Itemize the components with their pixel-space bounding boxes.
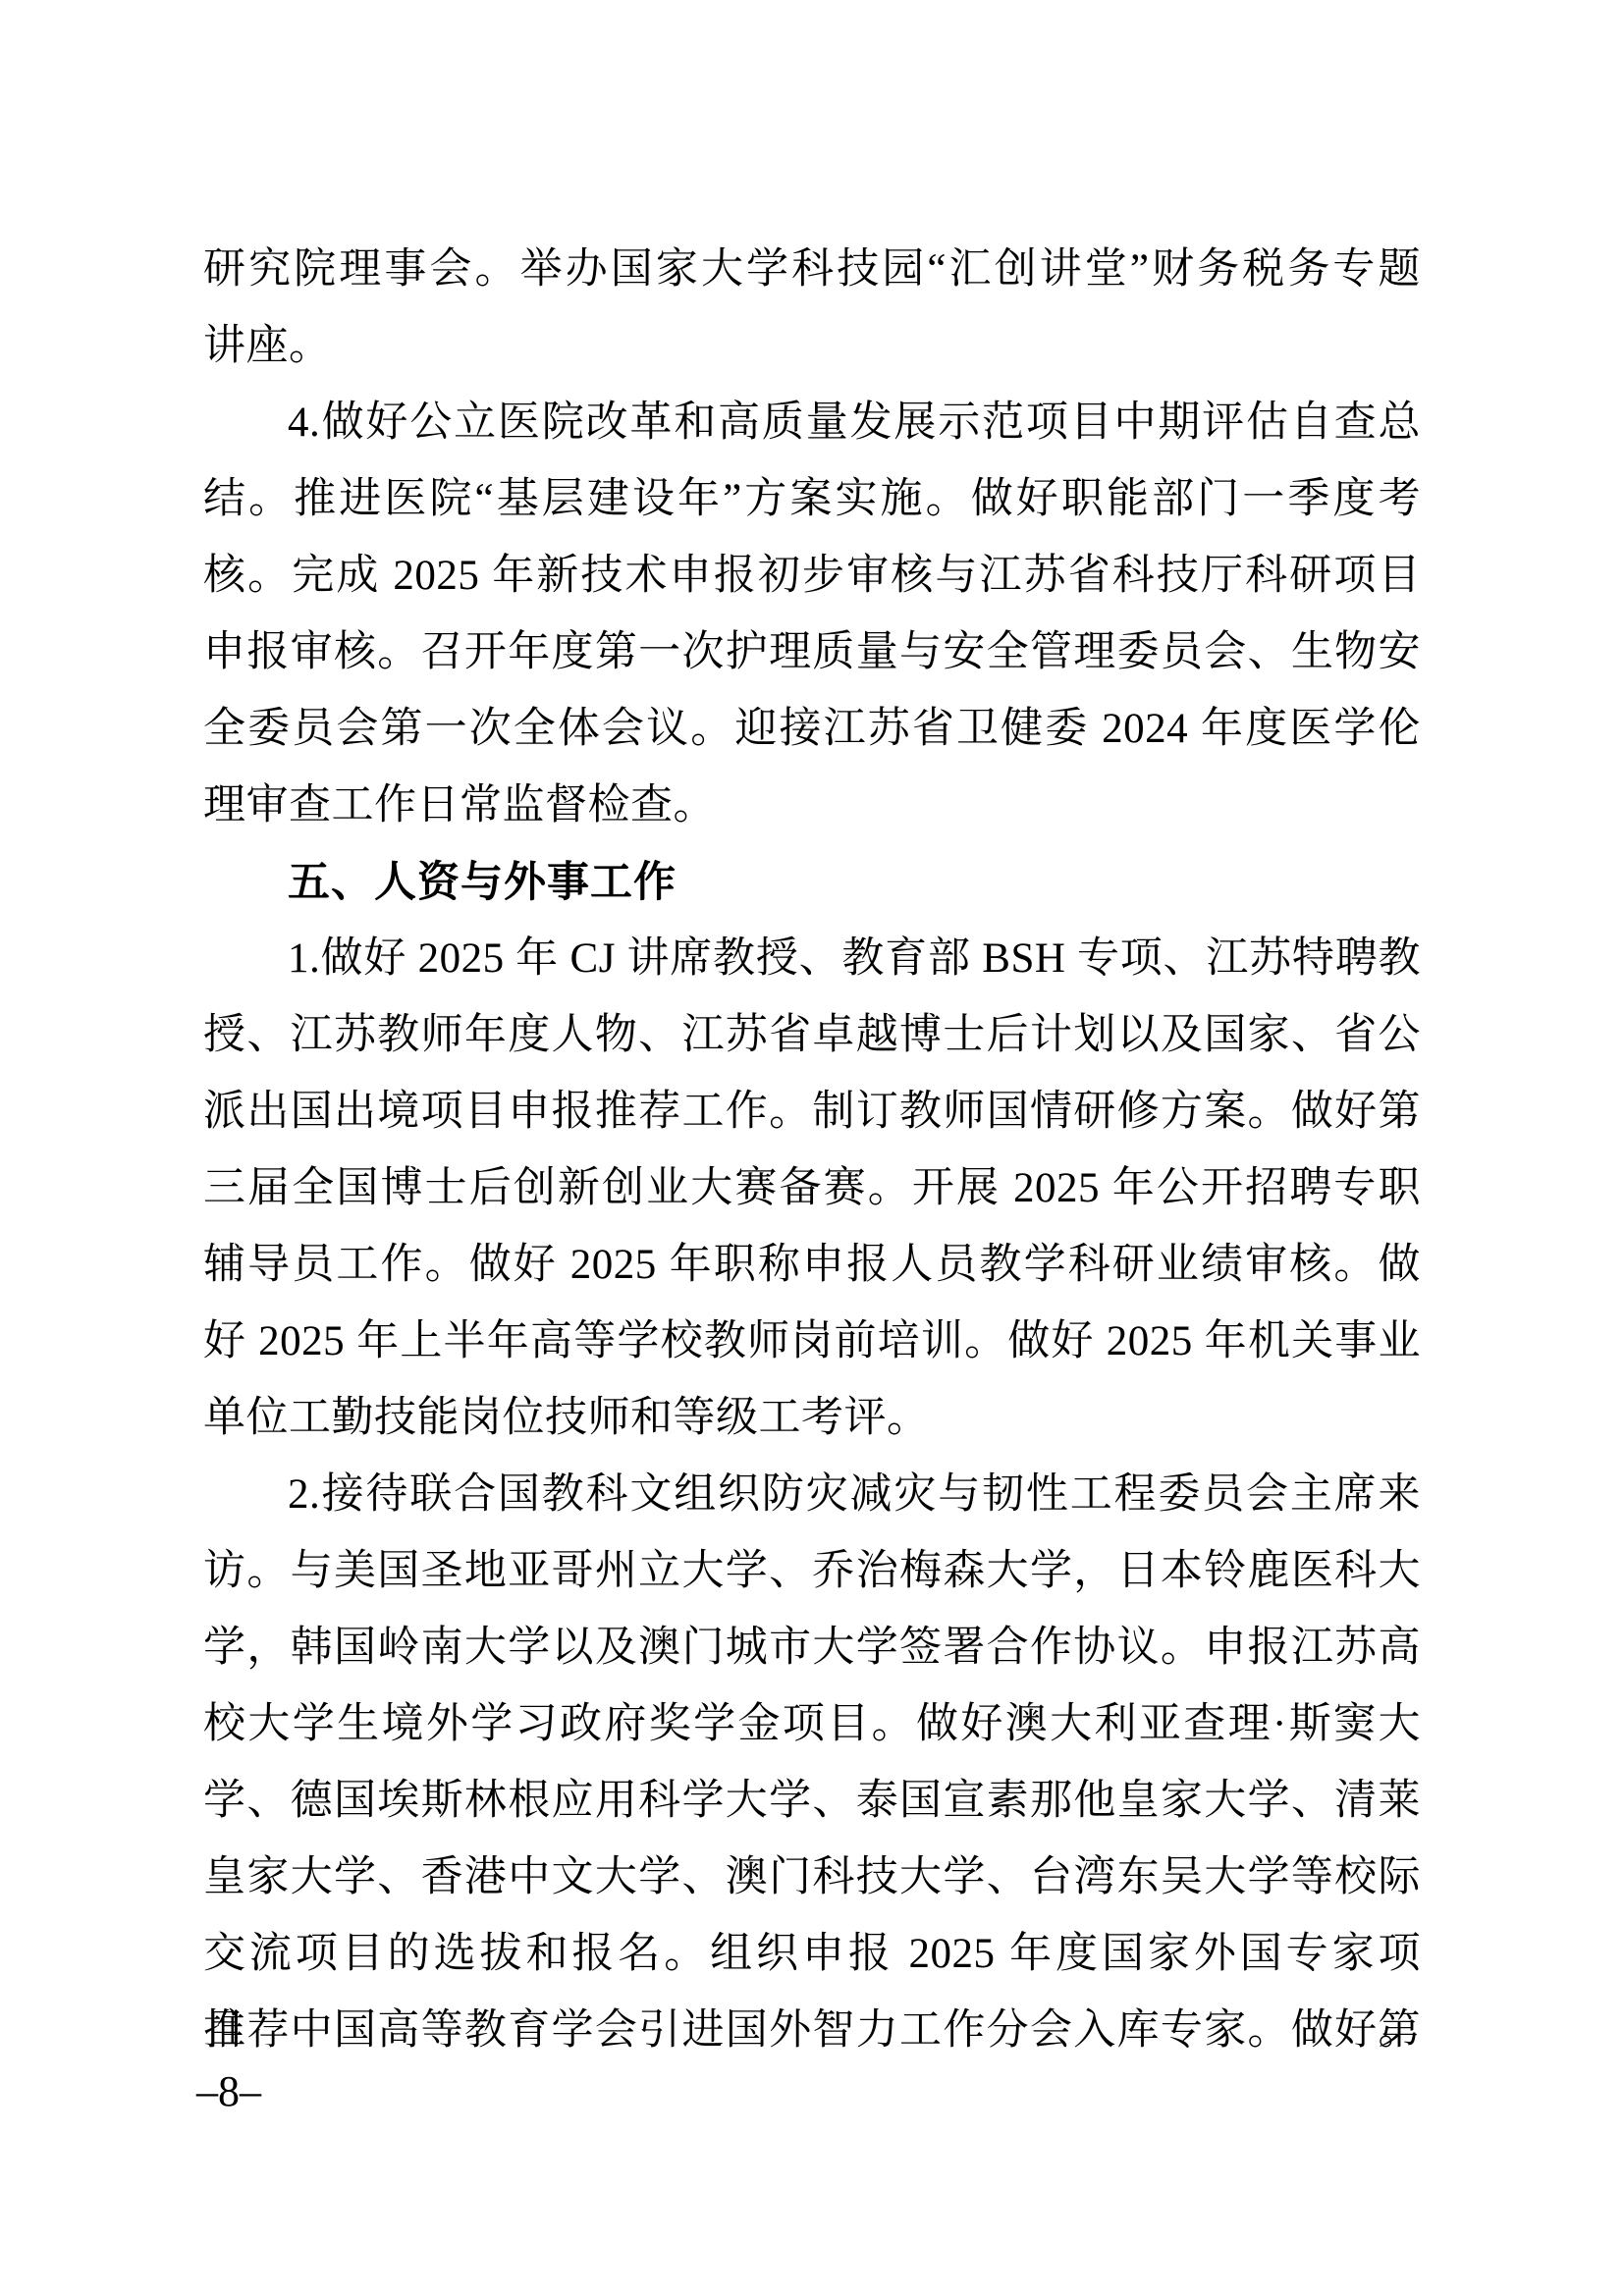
text-line: 研究院理事会。举办国家大学科技园“汇创讲堂”财务税务专题	[203, 232, 1421, 308]
text-line: 核。完成 2025 年新技术申报初步审核与江苏省科技厅科研项目	[203, 538, 1421, 614]
text-line: 4.做好公立医院改革和高质量发展示范项目中期评估自查总	[203, 385, 1421, 461]
section-heading: 五、人资与外事工作	[203, 844, 1421, 921]
text-line: 好 2025 年上半年高等学校教师岗前培训。做好 2025 年机关事业	[203, 1304, 1421, 1380]
text-line: 访。与美国圣地亚哥州立大学、乔治梅森大学，日本铃鹿医科大	[203, 1533, 1421, 1610]
text-line: 授、江苏教师年度人物、江苏省卓越博士后计划以及国家、省公	[203, 997, 1421, 1074]
text-line: 1.做好 2025 年 CJ 讲席教授、教育部 BSH 专项、江苏特聘教	[203, 921, 1421, 997]
text-line: 交流项目的选拔和报名。组织申报 2025 年度国家外国专家项目。	[203, 1916, 1421, 1993]
text-line: 2.接待联合国教科文组织防灾减灾与韧性工程委员会主席来	[203, 1457, 1421, 1533]
text-line: 单位工勤技能岗位技师和等级工考评。	[203, 1380, 1421, 1457]
text-line: 辅导员工作。做好 2025 年职称申报人员教学科研业绩审核。做	[203, 1227, 1421, 1304]
text-line: 推荐中国高等教育学会引进国外智力工作分会入库专家。做好第	[203, 1993, 1421, 2069]
text-line: 申报审核。召开年度第一次护理质量与安全管理委员会、生物安	[203, 614, 1421, 691]
text-line: 学、德国埃斯林根应用科学大学、泰国宣素那他皇家大学、清莱	[203, 1763, 1421, 1840]
text-line: 讲座。	[203, 308, 1421, 385]
text-line: 皇家大学、香港中文大学、澳门科技大学、台湾东吴大学等校际	[203, 1840, 1421, 1916]
text-line: 学，韩国岭南大学以及澳门城市大学签署合作协议。申报江苏高	[203, 1610, 1421, 1686]
text-line: 理审查工作日常监督检查。	[203, 768, 1421, 844]
page-number: –8–	[196, 2061, 261, 2122]
text-line: 全委员会第一次全体会议。迎接江苏省卫健委 2024 年度医学伦	[203, 691, 1421, 768]
document-page: 研究院理事会。举办国家大学科技园“汇创讲堂”财务税务专题讲座。4.做好公立医院改…	[0, 0, 1624, 2296]
text-line: 三届全国博士后创新创业大赛备赛。开展 2025 年公开招聘专职	[203, 1150, 1421, 1227]
document-body: 研究院理事会。举办国家大学科技园“汇创讲堂”财务税务专题讲座。4.做好公立医院改…	[203, 232, 1421, 2069]
text-line: 派出国出境项目申报推荐工作。制订教师国情研修方案。做好第	[203, 1074, 1421, 1150]
text-line: 校大学生境外学习政府奖学金项目。做好澳大利亚查理·斯窦大	[203, 1686, 1421, 1763]
text-line: 结。推进医院“基层建设年”方案实施。做好职能部门一季度考	[203, 461, 1421, 538]
